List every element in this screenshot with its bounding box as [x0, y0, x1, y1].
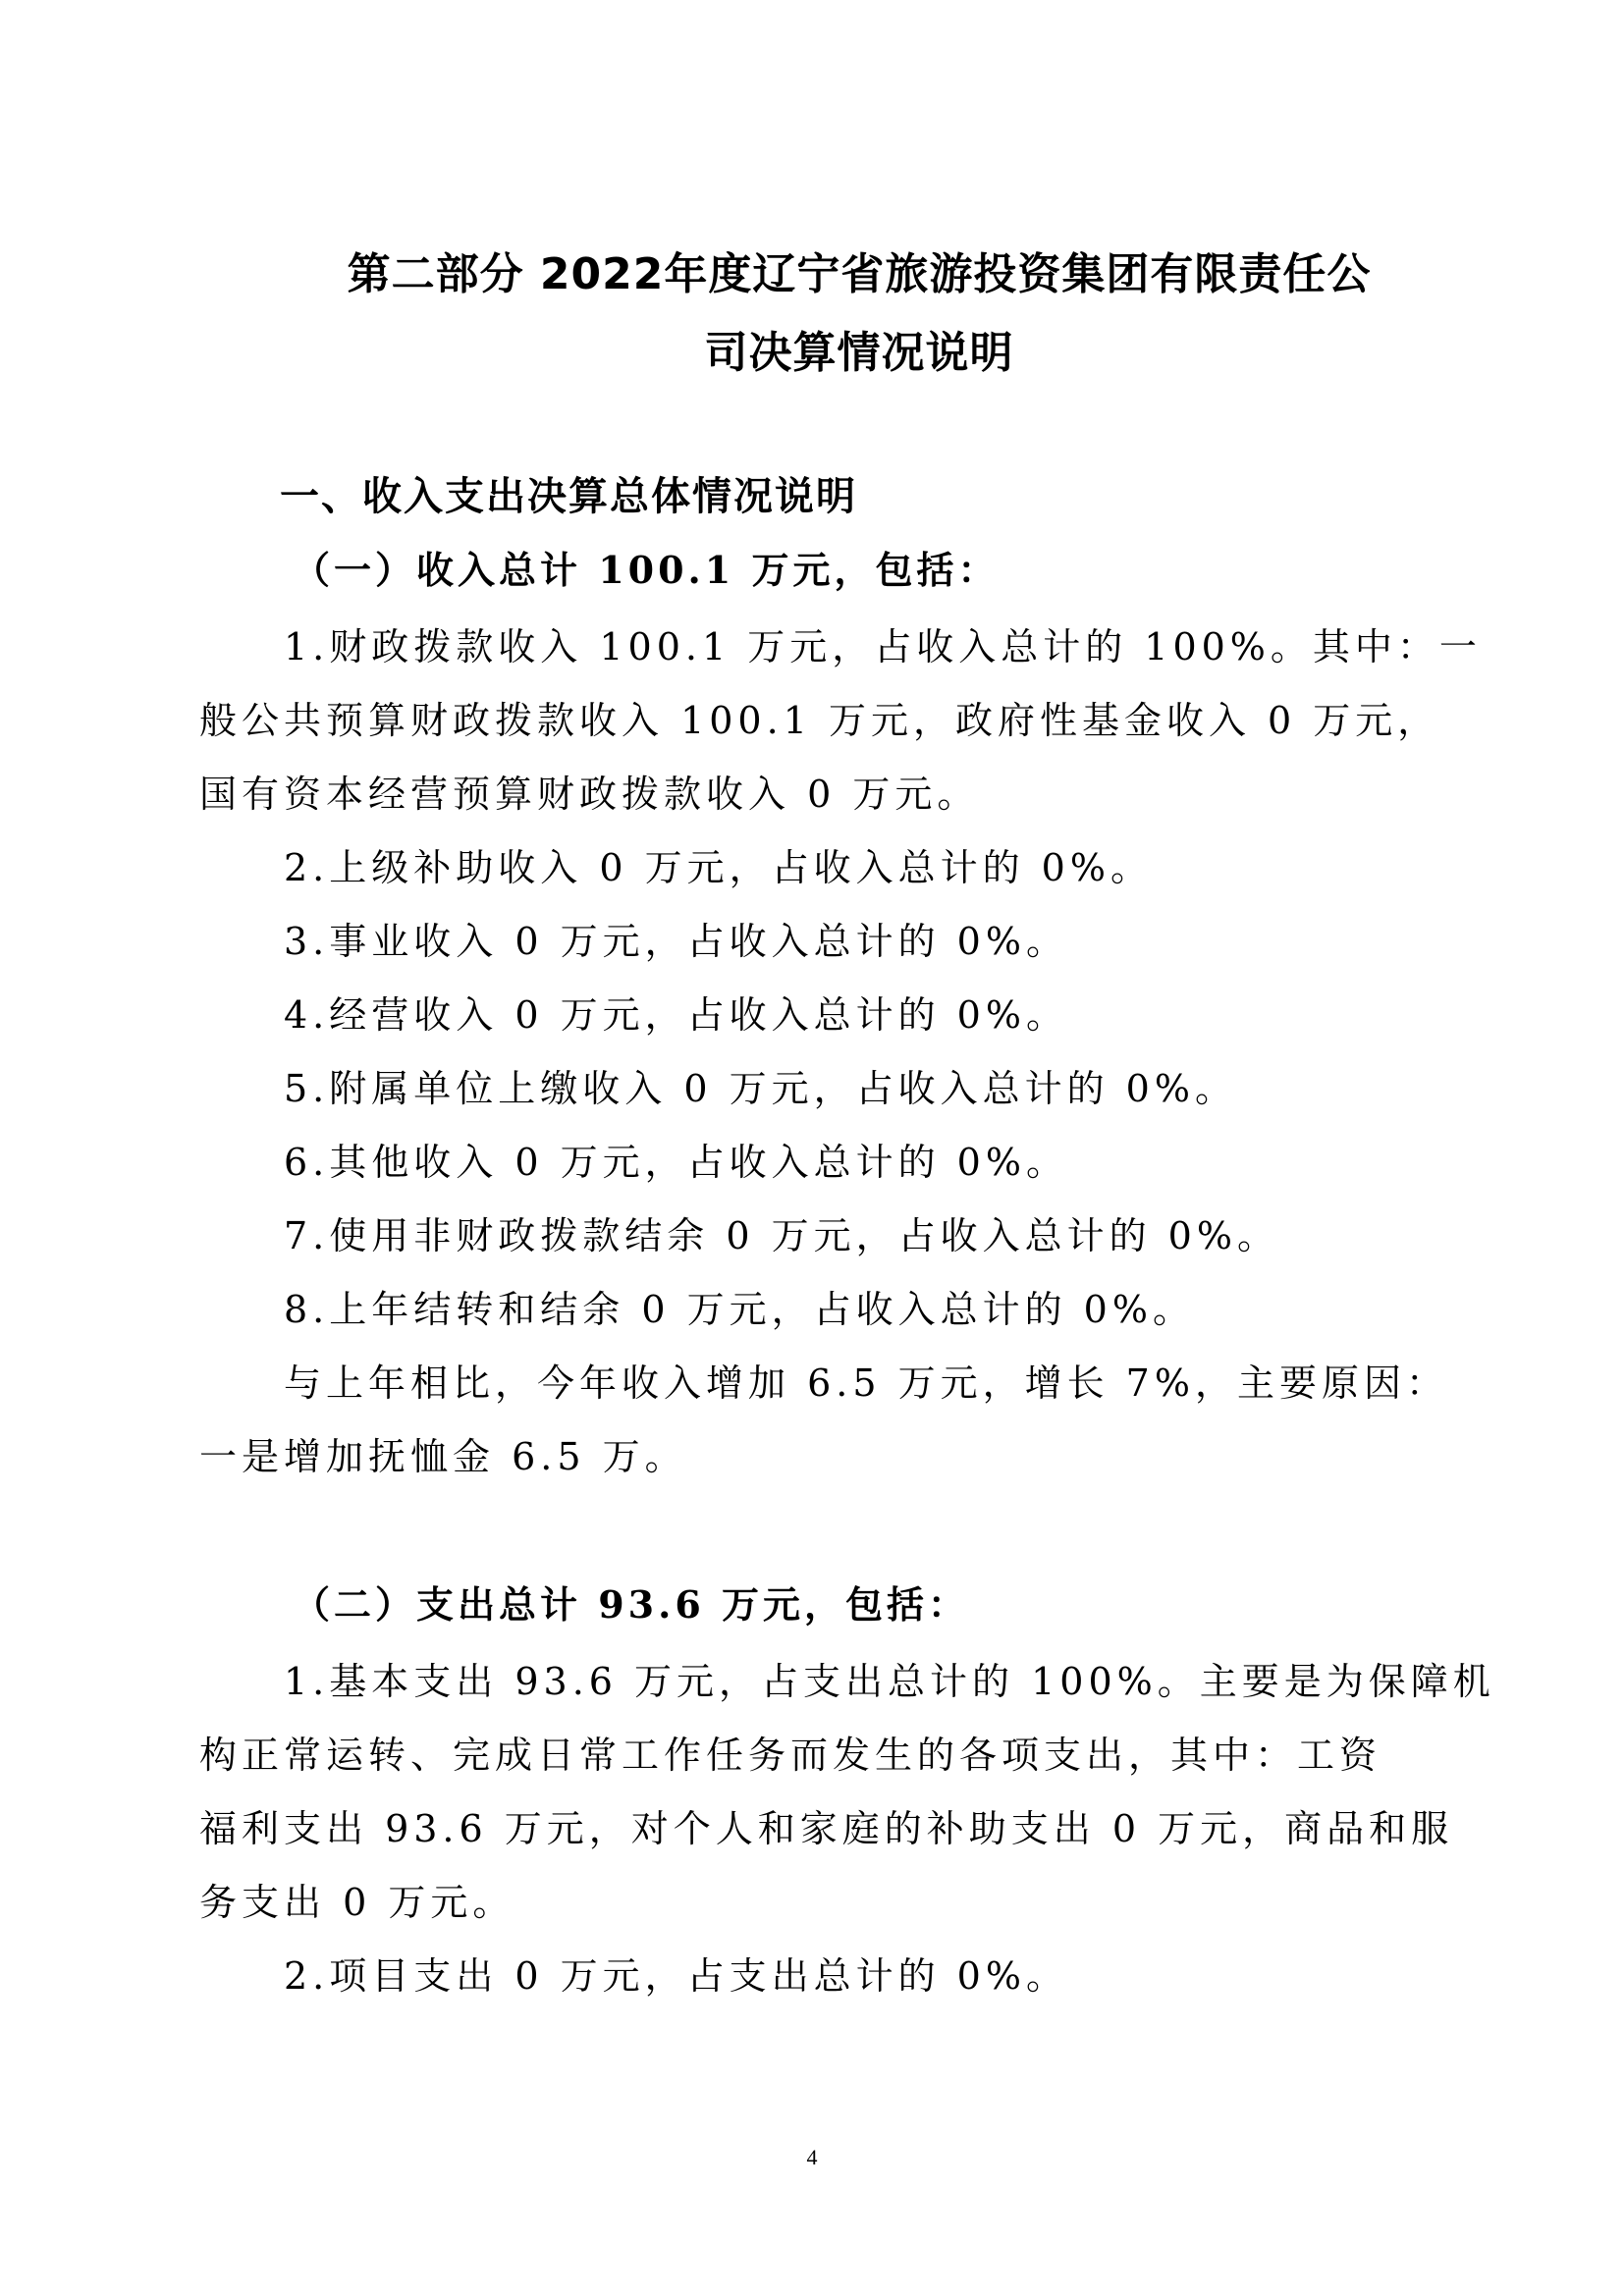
document-page: 第二部分 2022年度辽宁省旅游投资集团有限责任公 司决算情况说明 一、收入支出… — [0, 0, 1624, 2296]
income-item-3: 3.事业收入 0 万元，占收入总计的 0%。 — [199, 905, 1436, 979]
income-item-4: 4.经营收入 0 万元，占收入总计的 0%。 — [199, 979, 1436, 1052]
page-number: 4 — [0, 2145, 1624, 2170]
document-title-line-1: 第二部分 2022年度辽宁省旅游投资集团有限责任公 — [295, 249, 1424, 300]
text-line: 1.基本支出 93.6 万元，占支出总计的 100%。主要是为保障机 — [199, 1645, 1436, 1719]
income-item-2: 2.上级补助收入 0 万元，占收入总计的 0%。 — [199, 831, 1436, 905]
section-heading-income-expense-overview: 一、收入支出决算总体情况说明 — [280, 473, 857, 520]
text-line: 福利支出 93.6 万元，对个人和家庭的补助支出 0 万元，商品和服 — [199, 1792, 1436, 1866]
text-line: 国有资本经营预算财政拨款收入 0 万元。 — [199, 758, 1436, 831]
income-comparison-line-2: 一是增加抚恤金 6.5 万。 — [199, 1420, 1436, 1494]
income-items-list: 2.上级补助收入 0 万元，占收入总计的 0%。 3.事业收入 0 万元，占收入… — [199, 831, 1436, 1494]
expense-item-1-paragraph: 1.基本支出 93.6 万元，占支出总计的 100%。主要是为保障机 构正常运转… — [199, 1645, 1436, 2013]
income-item-8: 8.上年结转和结余 0 万元，占收入总计的 0%。 — [199, 1273, 1436, 1347]
income-item-1-paragraph: 1.财政拨款收入 100.1 万元，占收入总计的 100%。其中：一 般公共预算… — [199, 611, 1436, 831]
text-line: 构正常运转、完成日常工作任务而发生的各项支出，其中：工资 — [199, 1719, 1436, 1792]
subsection-heading-income-total: （一）收入总计 100.1 万元，包括： — [293, 548, 999, 593]
expense-item-2: 2.项目支出 0 万元，占支出总计的 0%。 — [199, 1940, 1436, 2013]
subsection-heading-expense-total: （二）支出总计 93.6 万元，包括： — [293, 1582, 969, 1628]
text-line: 1.财政拨款收入 100.1 万元，占收入总计的 100%。其中：一 — [199, 611, 1436, 684]
text-line: 务支出 0 万元。 — [199, 1866, 1436, 1940]
document-title-line-2: 司决算情况说明 — [295, 328, 1424, 379]
income-item-6: 6.其他收入 0 万元，占收入总计的 0%。 — [199, 1126, 1436, 1200]
income-item-5: 5.附属单位上缴收入 0 万元，占收入总计的 0%。 — [199, 1052, 1436, 1126]
text-line: 般公共预算财政拨款收入 100.1 万元，政府性基金收入 0 万元， — [199, 684, 1436, 758]
income-item-7: 7.使用非财政拨款结余 0 万元，占收入总计的 0%。 — [199, 1200, 1436, 1273]
income-comparison-line-1: 与上年相比，今年收入增加 6.5 万元，增长 7%，主要原因： — [199, 1347, 1436, 1420]
